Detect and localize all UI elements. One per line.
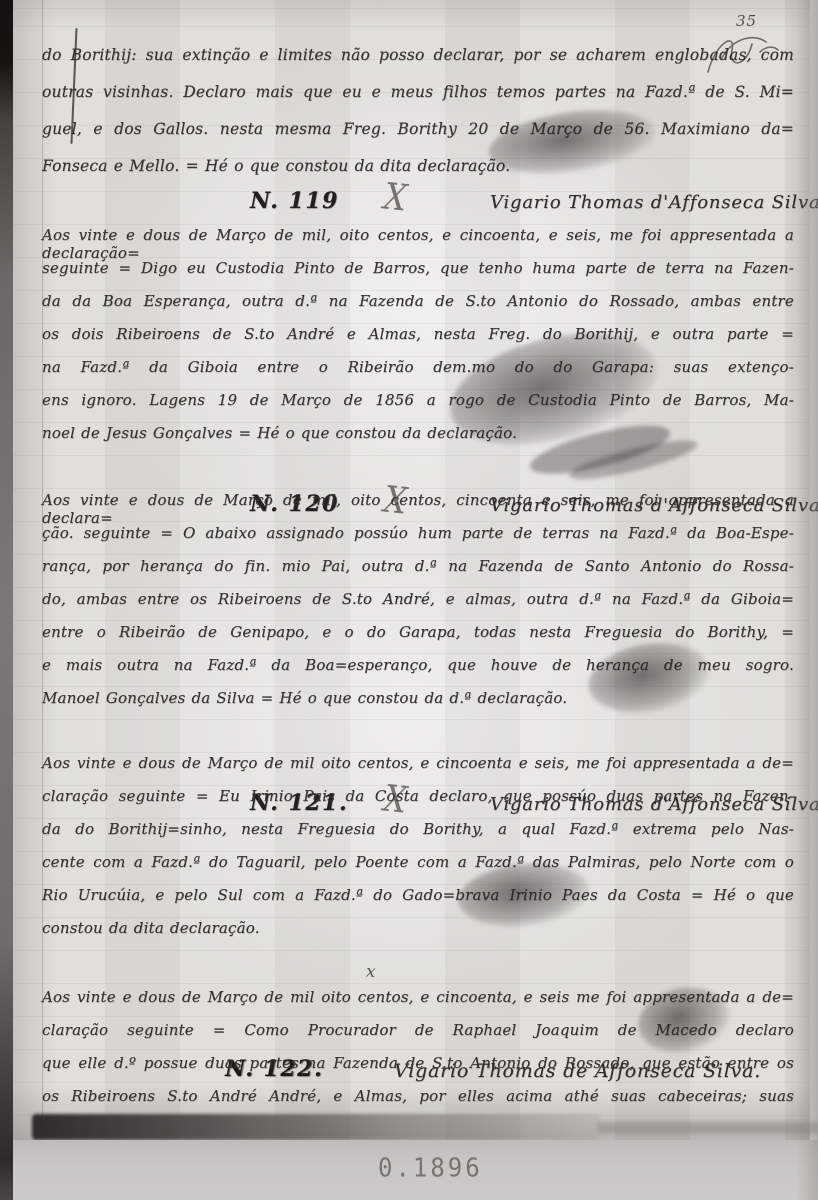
- manuscript-line: do, ambas entre os Ribeiroens de S.to An…: [42, 590, 794, 623]
- manuscript-line: da da Boa Esperança, outra d.ª na Fazend…: [42, 292, 794, 325]
- manuscript-line: Aos vinte e dous de Março de mil oito ce…: [42, 754, 794, 787]
- continuation-paragraph: do Borithij: sua extinção e limites não …: [42, 46, 794, 194]
- scanner-background: 0.1896: [0, 1140, 818, 1200]
- bottom-edge-shadow: [32, 1114, 600, 1140]
- check-mark: x: [365, 962, 376, 983]
- manuscript-line: do Borithij: sua extinção e limites não …: [42, 46, 794, 83]
- page-crease: [42, 0, 43, 1140]
- manuscript-line: Fonseca e Mello. = Hé o que constou da d…: [42, 157, 794, 194]
- entry-121-body: Aos vinte e dous de Março de mil oito ce…: [42, 754, 794, 952]
- manuscript-line: Aos vinte e dous de Março de mil, oito c…: [42, 491, 794, 524]
- manuscript-line: na Fazd.ª da Giboia entre o Ribeirão dem…: [42, 358, 794, 391]
- entry-119-heading: N. 119 X Vigario Thomas d'Affonseca Silv…: [42, 190, 794, 226]
- manuscript-line: os dois Ribeiroens de S.to André e Almas…: [42, 325, 794, 358]
- manuscript-line: Aos vinte e dous de Março de mil, oito c…: [42, 226, 794, 259]
- manuscript-page: 35 do Borithij: sua extinção e limites n…: [10, 0, 810, 1140]
- manuscript-line: Rio Urucúia, e pelo Sul com a Fazd.ª do …: [42, 886, 794, 919]
- manuscript-line: ção. seguinte = O abaixo assignado possú…: [42, 524, 794, 557]
- manuscript-line: guel, e dos Gallos. nesta mesma Freg. Bo…: [42, 120, 794, 157]
- entry-number: N. 119: [250, 188, 339, 214]
- manuscript-line: ens ignoro. Lagens 19 de Março de 1856 a…: [42, 391, 794, 424]
- vicar-signature: Vigario Thomas d'Affonseca Silva: [490, 192, 818, 213]
- bottom-edge-shadow: [598, 1122, 818, 1134]
- manuscript-line: seguinte = Digo eu Custodia Pinto de Bar…: [42, 259, 794, 292]
- archival-stamp-number: 0.1896: [378, 1153, 483, 1183]
- manuscript-line: outras visinhas. Declaro mais que eu e m…: [42, 83, 794, 120]
- manuscript-line: rança, por herança do fin. mio Pai, outr…: [42, 557, 794, 590]
- page-right-edge: [796, 0, 818, 1200]
- manuscript-line: constou da dita declaração.: [42, 919, 794, 952]
- manuscript-line: cente com a Fazd.ª do Taguaril, pelo Poe…: [42, 853, 794, 886]
- manuscript-line: claração seguinte = Eu Irinio Pais da Co…: [42, 787, 794, 820]
- binding-edge: [0, 0, 13, 1200]
- manuscript-line: que elle d.º possue duas partes na Fazen…: [42, 1054, 794, 1087]
- manuscript-line: noel de Jesus Gonçalves = Hé o que const…: [42, 424, 794, 457]
- manuscript-line: da do Borithij=sinho, nesta Freguesia do…: [42, 820, 794, 853]
- scanned-document: 35 do Borithij: sua extinção e limites n…: [0, 0, 818, 1200]
- check-mark: X: [382, 174, 409, 220]
- entry-119-body: Aos vinte e dous de Março de mil, oito c…: [42, 226, 794, 457]
